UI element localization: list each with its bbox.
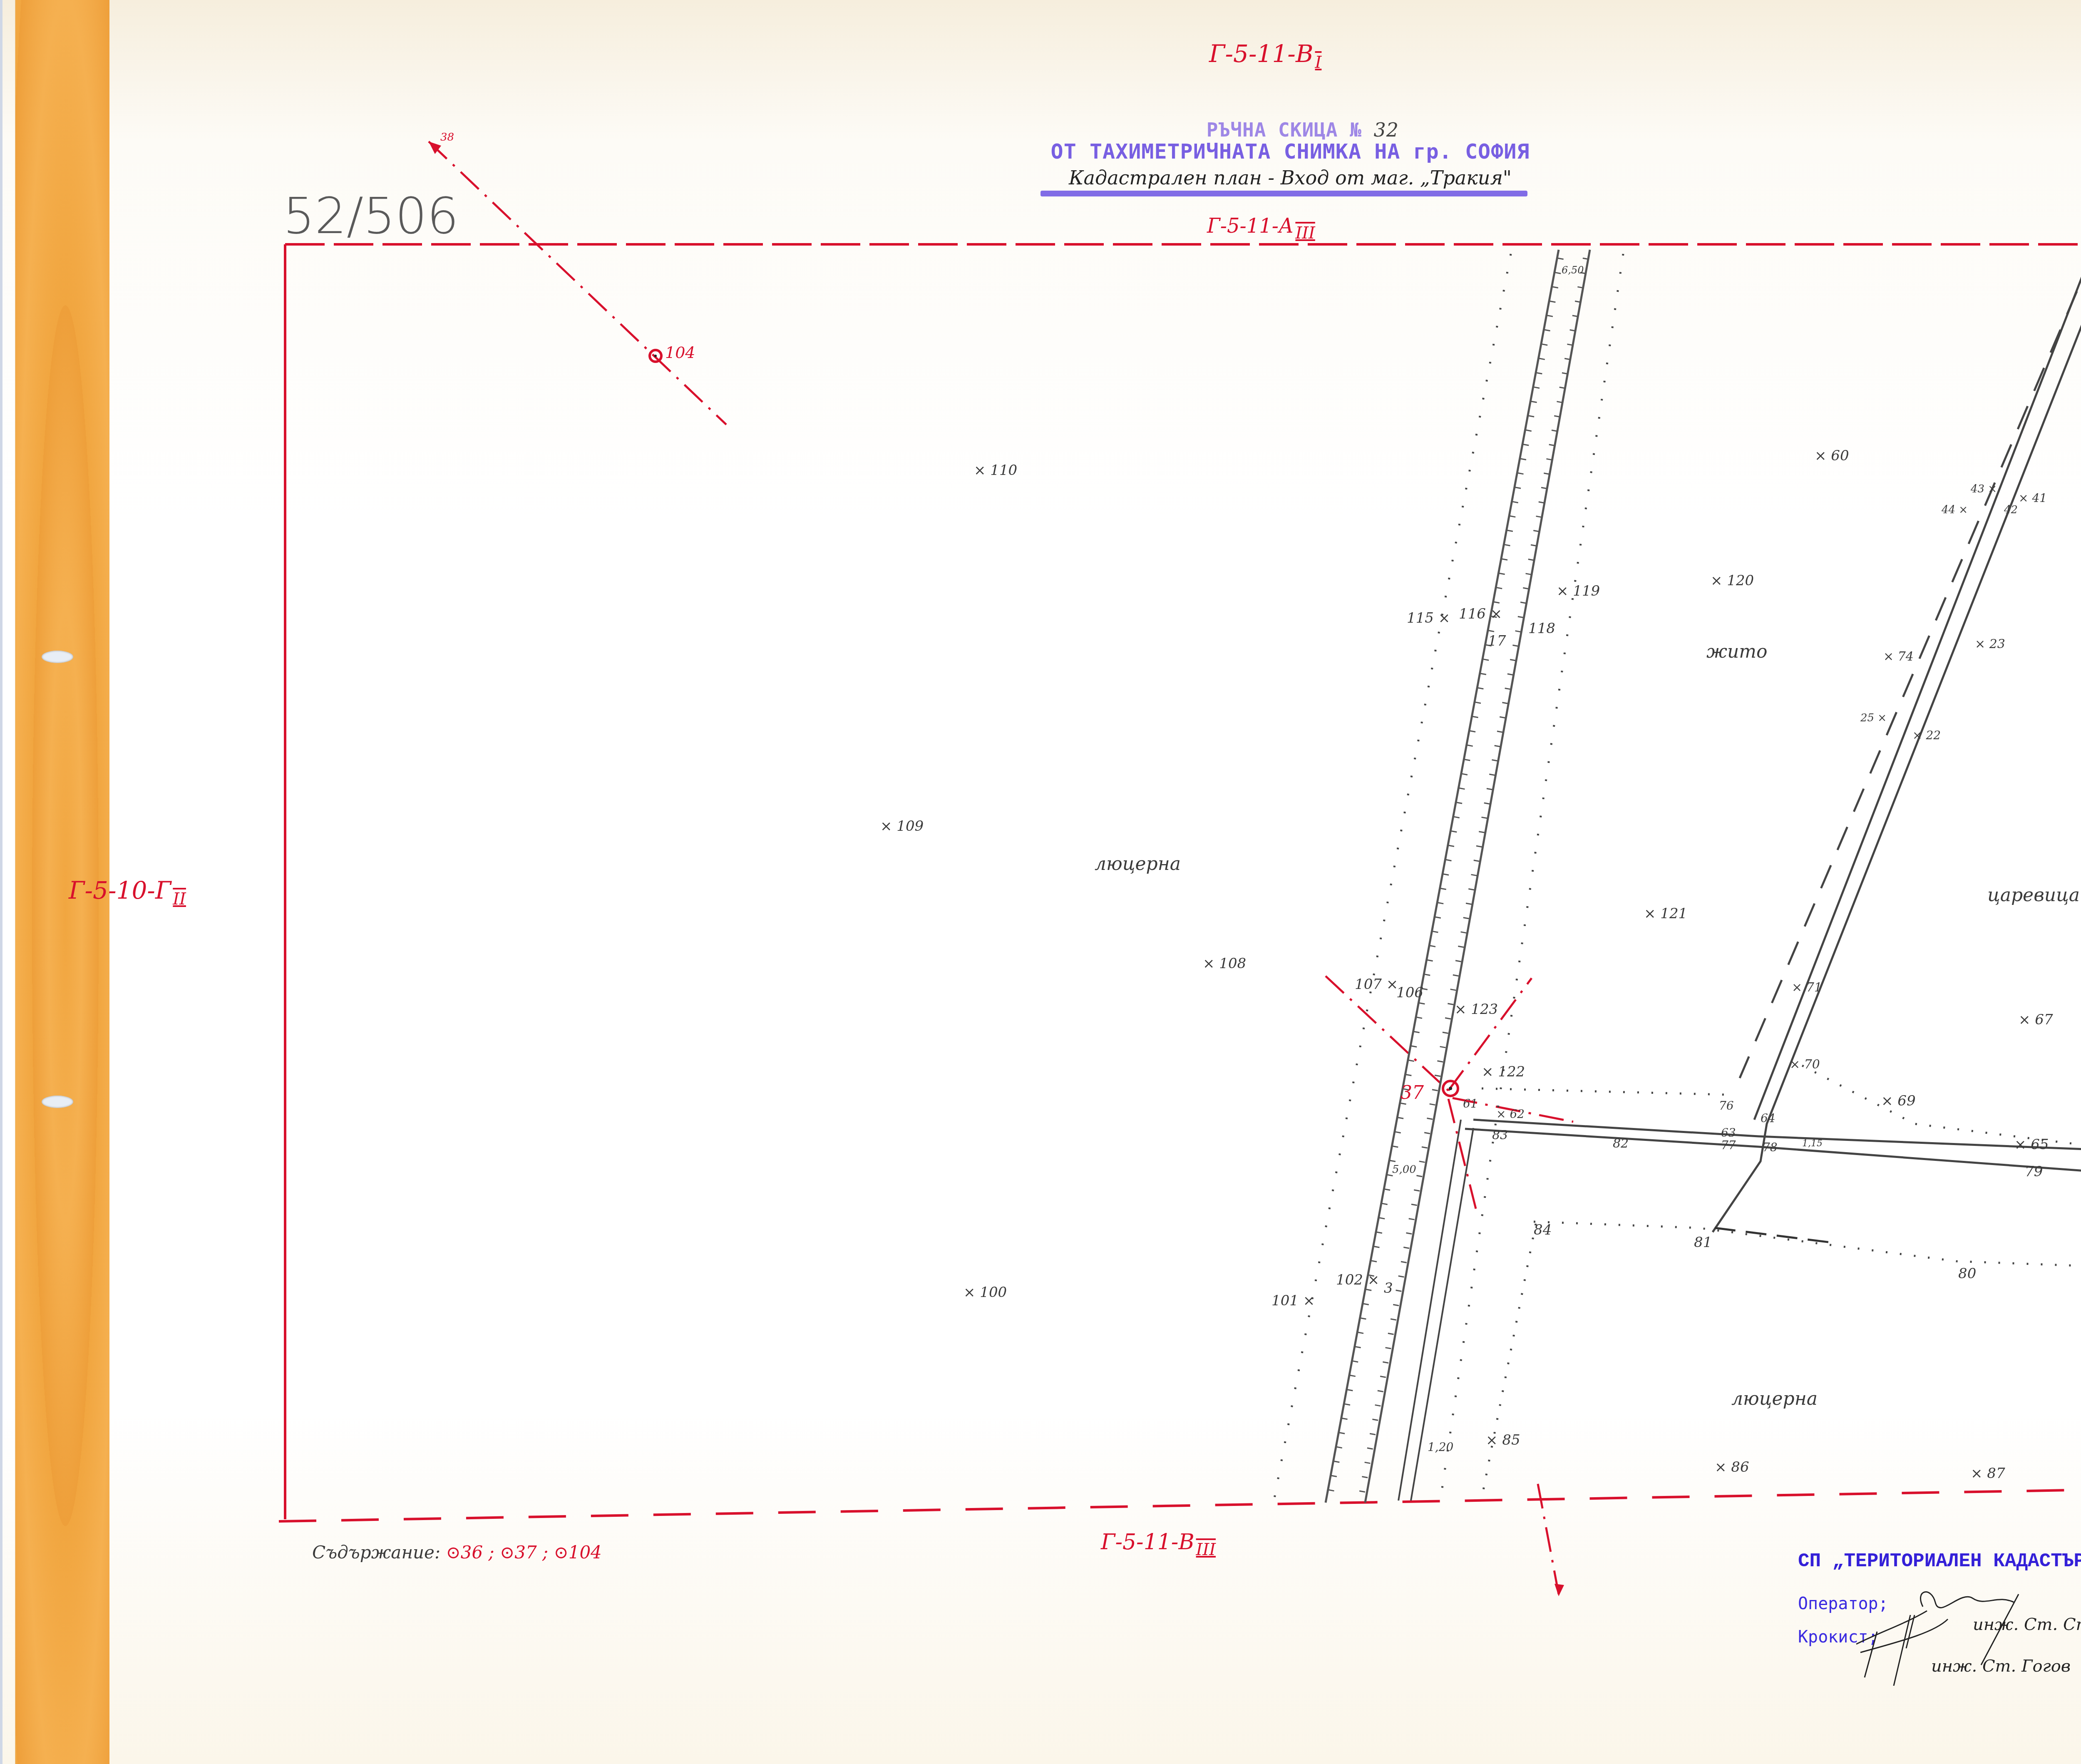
survey-point: × 120 [1711, 572, 1754, 589]
dimension-road-width-top: 6,50 [1562, 264, 1584, 276]
main-road [1326, 250, 1590, 1503]
survey-point: × 100 [964, 1284, 1007, 1301]
survey-point: × 109 [880, 818, 924, 835]
control-point-38: 38 [440, 131, 454, 144]
survey-point: 116 × [1459, 606, 1502, 622]
survey-point: 81 [1694, 1234, 1712, 1251]
survey-point: 82 [1613, 1136, 1629, 1151]
dimension-lane-width: 1,15 [1802, 1138, 1823, 1149]
survey-point: 107 × [1355, 976, 1398, 993]
survey-point: 76 [1719, 1099, 1734, 1113]
crop-label-corn: царевица [1987, 884, 2080, 906]
survey-point: × 122 [1482, 1063, 1525, 1080]
survey-point: × 108 [1203, 955, 1246, 972]
survey-point: 3 [1384, 1280, 1393, 1297]
survey-point: × 67 [2019, 1011, 2053, 1028]
signature-scribbles [1823, 1582, 2073, 1686]
contents-note: Съдържание: ⊙36 ; ⊙37 ; ⊙104 [312, 1542, 602, 1563]
crop-label-lucerne-west: люцерна [1095, 853, 1181, 875]
diagonal-road [1713, 258, 2081, 1232]
survey-point: 63 [1721, 1126, 1736, 1140]
survey-point: 78 [1763, 1140, 1778, 1154]
survey-point: 118 [1528, 620, 1555, 637]
survey-point: 84 [1534, 1222, 1552, 1238]
crop-label-lucerne-southeast: люцерна [1731, 1388, 1818, 1409]
survey-point: 64 [1761, 1111, 1776, 1125]
survey-point: × 71 [1792, 980, 1822, 995]
adjacent-sheet-top-inner: Г-5-11-АIII [1207, 214, 1315, 243]
survey-point: 106 [1396, 984, 1423, 1001]
survey-source-stamp: ОТ ТАХИМЕТРИЧНАТА СНИМКА НА гр. СОФИЯ [1040, 139, 1540, 164]
survey-point: × 23 [1975, 637, 2005, 651]
survey-point: 83 [1492, 1128, 1508, 1143]
survey-point: × 85 [1486, 1432, 1520, 1448]
organization-stamp: СП „ТЕРИТОРИАЛЕН КАДАСТЪР"- СОФИЯ [1798, 1550, 2081, 1572]
survey-point: × 69 [1881, 1093, 1916, 1109]
survey-point: 17 [1488, 633, 1506, 649]
survey-point: 25 × [1860, 712, 1887, 724]
control-point-37: 37 [1401, 1082, 1424, 1103]
survey-point: × 22 [1912, 728, 1941, 742]
stamp-text: РЪЧНА СКИЦА № [1207, 119, 1362, 141]
survey-point: × 87 [1971, 1465, 2005, 1482]
survey-point: × 110 [974, 462, 1017, 479]
survey-point: 102 × [1336, 1272, 1379, 1288]
cadastral-drawing [0, 0, 2081, 1764]
survey-point: 61 [1463, 1097, 1478, 1111]
survey-point: 80 [1958, 1265, 1976, 1282]
survey-point: × 123 [1455, 1001, 1498, 1018]
survey-point: 115 × [1407, 610, 1450, 626]
dimension-road-width-mid: 5,00 [1392, 1163, 1416, 1176]
survey-point: × 70 [1790, 1057, 1820, 1072]
survey-point: 44 × [1942, 504, 1968, 516]
sight-line-37-a [1326, 976, 1448, 1091]
survey-point: 79 [2025, 1163, 2043, 1180]
plan-subtitle: Кадастрален план - Вход от маг. „Тракия" [1040, 166, 1540, 189]
survey-point: × 65 [2014, 1136, 2049, 1153]
sketch-number-stamp: РЪЧНА СКИЦА № 32 [1074, 119, 1532, 141]
dimension-ditch-width: 1,20 [1428, 1440, 1453, 1454]
line-to-38 [429, 142, 726, 425]
sheet-frame [279, 244, 2081, 1521]
crop-label-wheat: жито [1706, 641, 1768, 662]
survey-point: × 121 [1644, 905, 1687, 922]
survey-point: 42 [2004, 504, 2018, 516]
control-point-104: 104 [665, 343, 695, 362]
survey-point: 43 × [1971, 483, 1997, 495]
survey-point: × 62 [1496, 1107, 1525, 1121]
adjacent-sheet-top: Г-5-11-ВI [1209, 40, 1321, 72]
sight-line-37-d [1448, 1099, 1478, 1215]
sketch-number: 32 [1374, 119, 1399, 141]
subtitle-underline [1040, 191, 1527, 196]
adjacent-sheet-bottom: Г-5-11-ВIII [1101, 1530, 1216, 1559]
survey-point: 77 [1721, 1138, 1736, 1152]
survey-point: × 119 [1557, 583, 1600, 599]
survey-point: × 60 [1815, 447, 1849, 464]
sheet-number: 52/506 [283, 187, 459, 245]
survey-point: 101 × [1271, 1292, 1315, 1309]
survey-point: × 86 [1715, 1459, 1749, 1476]
survey-point: × 74 [1883, 649, 1914, 664]
survey-point: × 41 [2019, 491, 2047, 505]
adjacent-sheet-left: Г-5-10-ГII [69, 876, 186, 909]
